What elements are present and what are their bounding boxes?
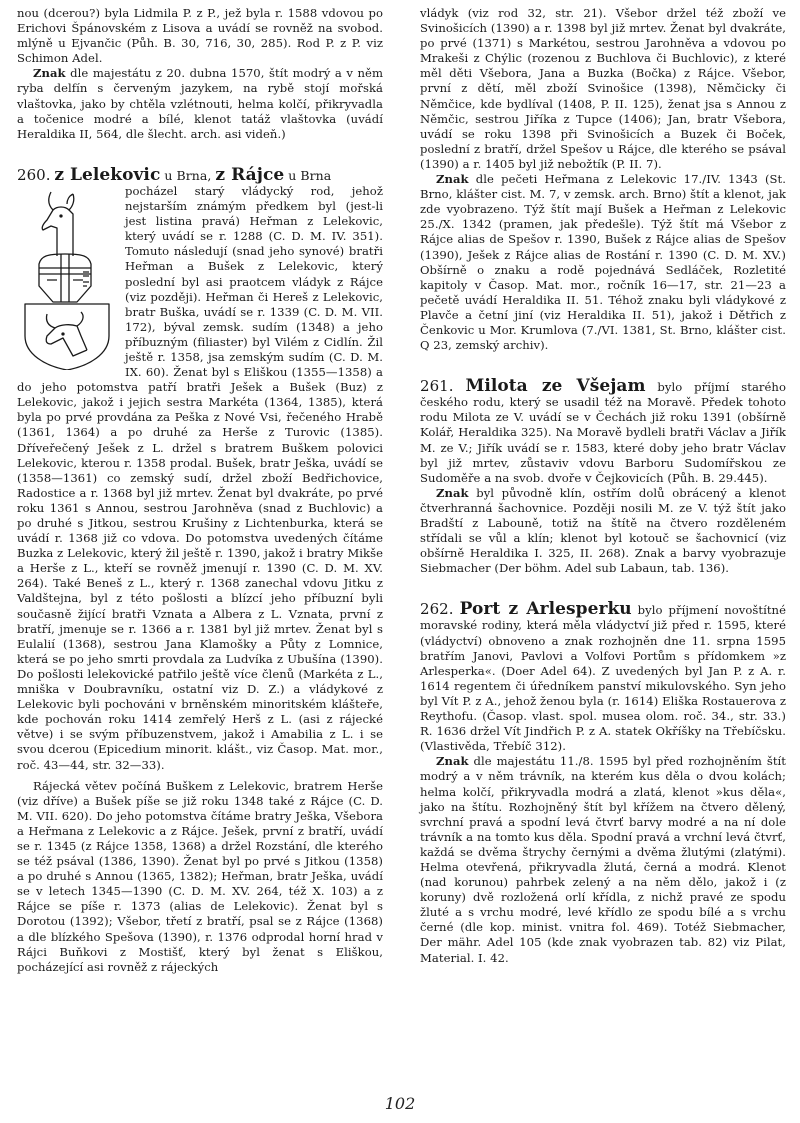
znak-label: Znak — [436, 754, 469, 768]
paragraph-znak-261: Znak byl původně klín, ostřím dolů obrác… — [420, 486, 786, 577]
entry-title-milota: Milota ze Všejam — [465, 376, 645, 396]
paragraph-znak-260: Znak dle pečeti Heřmana z Lelekovic 17./… — [420, 172, 786, 353]
left-column: nou (dcerou?) byla Lidmila P. z P., jež … — [17, 6, 383, 975]
coat-of-arms-illustration — [17, 186, 117, 370]
entry-262: 262. Port z Arlesperku bylo příjmení nov… — [420, 602, 786, 754]
page-number: 102 — [0, 1094, 800, 1113]
entry-title-lelekovic: z Lelekovic — [54, 165, 160, 185]
coat-of-arms-icon — [17, 186, 117, 370]
entry-number: 262. — [420, 600, 454, 618]
entry-title-rajce: z Rájce — [215, 165, 284, 185]
paragraph-rajecka-vetev: Rájecká větev počíná Buškem z Lelekovic,… — [17, 779, 383, 975]
znak-label: Znak — [436, 486, 469, 500]
entry-number: 260. — [17, 166, 51, 184]
znak-label: Znak — [33, 66, 66, 80]
entry-260: 260. z Lelekovic u Brna, z Rájce u Brna — [17, 168, 383, 184]
znak-label: Znak — [436, 172, 469, 186]
paragraph-znak-259: Znak dle majestátu z 20. dubna 1570, ští… — [17, 66, 383, 141]
entry-title-port: Port z Arlesperku — [460, 599, 632, 619]
right-column: vládyk (viz rod 32, str. 21). Všebor drž… — [420, 6, 786, 966]
paragraph-znak-262: Znak dle majestátu 11./8. 1595 byl před … — [420, 754, 786, 965]
entry-261: 261. Milota ze Všejam bylo příjmí staréh… — [420, 379, 786, 486]
paragraph-continuation: nou (dcerou?) byla Lidmila P. z P., jež … — [17, 6, 383, 66]
entry-number: 261. — [420, 377, 454, 395]
paragraph-continuation-right: vládyk (viz rod 32, str. 21). Všebor drž… — [420, 6, 786, 172]
